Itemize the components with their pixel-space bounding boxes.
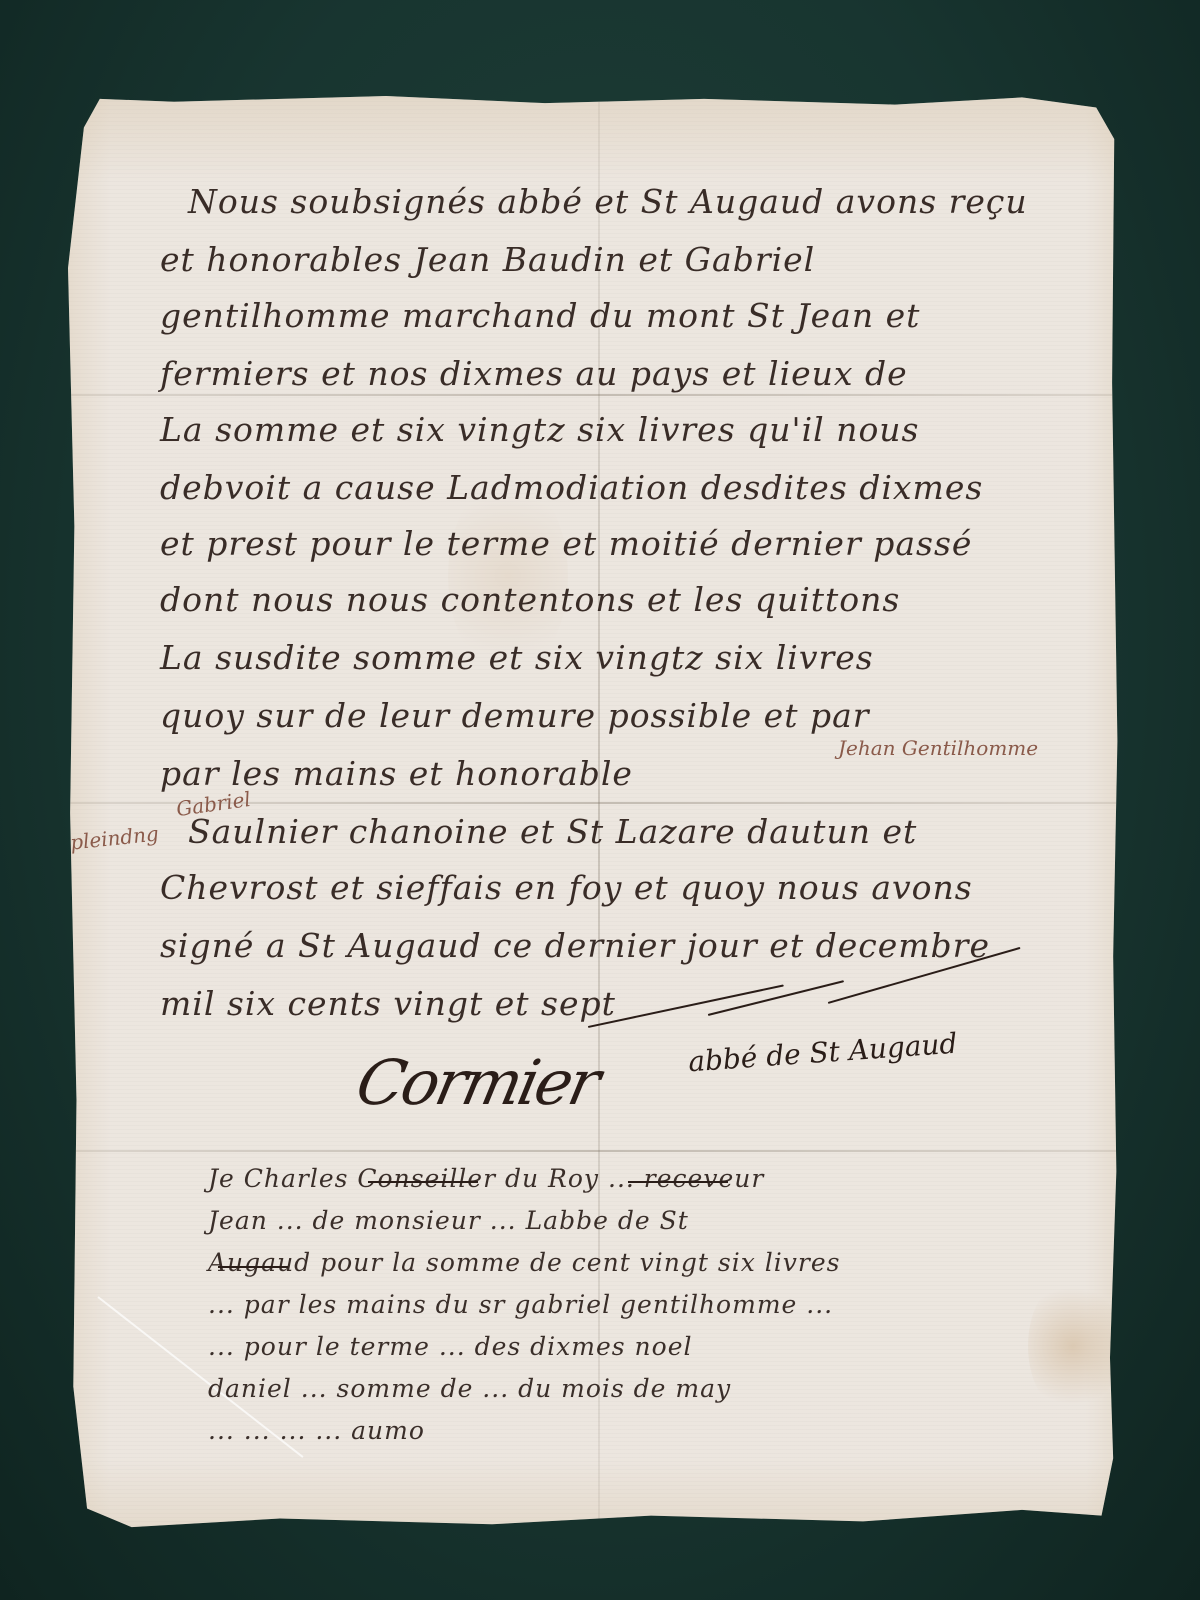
text-line: quoy sur de leur demure possible et par — [160, 696, 870, 735]
text-line: Jean ... de monsieur ... Labbe de St — [208, 1206, 689, 1235]
manuscript-paper: Nous soubsignés abbé et St Augaud avons … — [68, 96, 1128, 1530]
text-line: La somme et six vingtz six livres qu'il … — [160, 410, 920, 449]
text-line: ... par les mains du sr gabriel gentilho… — [208, 1290, 833, 1319]
strikethrough — [368, 1181, 478, 1183]
text-line: Je Charles Conseiller du Roy ... receveu… — [208, 1164, 764, 1193]
horizontal-fold-1 — [68, 394, 1128, 396]
text-line: daniel ... somme de ... du mois de may — [208, 1374, 731, 1403]
text-line: signé a St Augaud ce dernier jour et dec… — [160, 926, 990, 965]
signature-title: abbé de St Augaud — [687, 1027, 958, 1079]
text-line: par les mains et honorable — [160, 754, 633, 793]
text-line: La susdite somme et six vingtz six livre… — [160, 638, 874, 677]
text-line: et prest pour le terme et moitié dernier… — [160, 524, 972, 563]
text-line: gentilhomme marchand du mont St Jean et — [160, 296, 920, 335]
text-line: Chevrost et sieffais en foy et quoy nous… — [160, 868, 973, 907]
text-line: fermiers et nos dixmes au pays et lieux … — [160, 354, 908, 393]
margin-note: Jehan Gentilhomme — [838, 736, 1038, 760]
strikethrough — [218, 1266, 288, 1268]
text-line: ... ... ... ... aumo — [208, 1416, 425, 1445]
text-line: Augaud pour la somme de cent vingt six l… — [208, 1248, 840, 1277]
horizontal-fold-3 — [68, 1150, 1128, 1152]
signature: Cormier — [350, 1046, 604, 1119]
pen-flourish — [588, 984, 784, 1028]
text-line: debvoit a cause Ladmodiation desdites di… — [160, 468, 983, 507]
text-line: ... pour le terme ... des dixmes noel — [208, 1332, 693, 1361]
margin-note: pleindng — [69, 821, 160, 854]
text-line: mil six cents vingt et sept — [160, 984, 616, 1023]
text-line: et honorables Jean Baudin et Gabriel — [160, 240, 815, 279]
paper-stain — [1028, 1276, 1118, 1416]
strikethrough — [628, 1181, 728, 1183]
text-line: dont nous nous contentons et les quitton… — [160, 580, 900, 619]
text-line: Nous soubsignés abbé et St Augaud avons … — [188, 182, 1028, 221]
text-line: Saulnier chanoine et St Lazare dautun et — [188, 812, 917, 851]
